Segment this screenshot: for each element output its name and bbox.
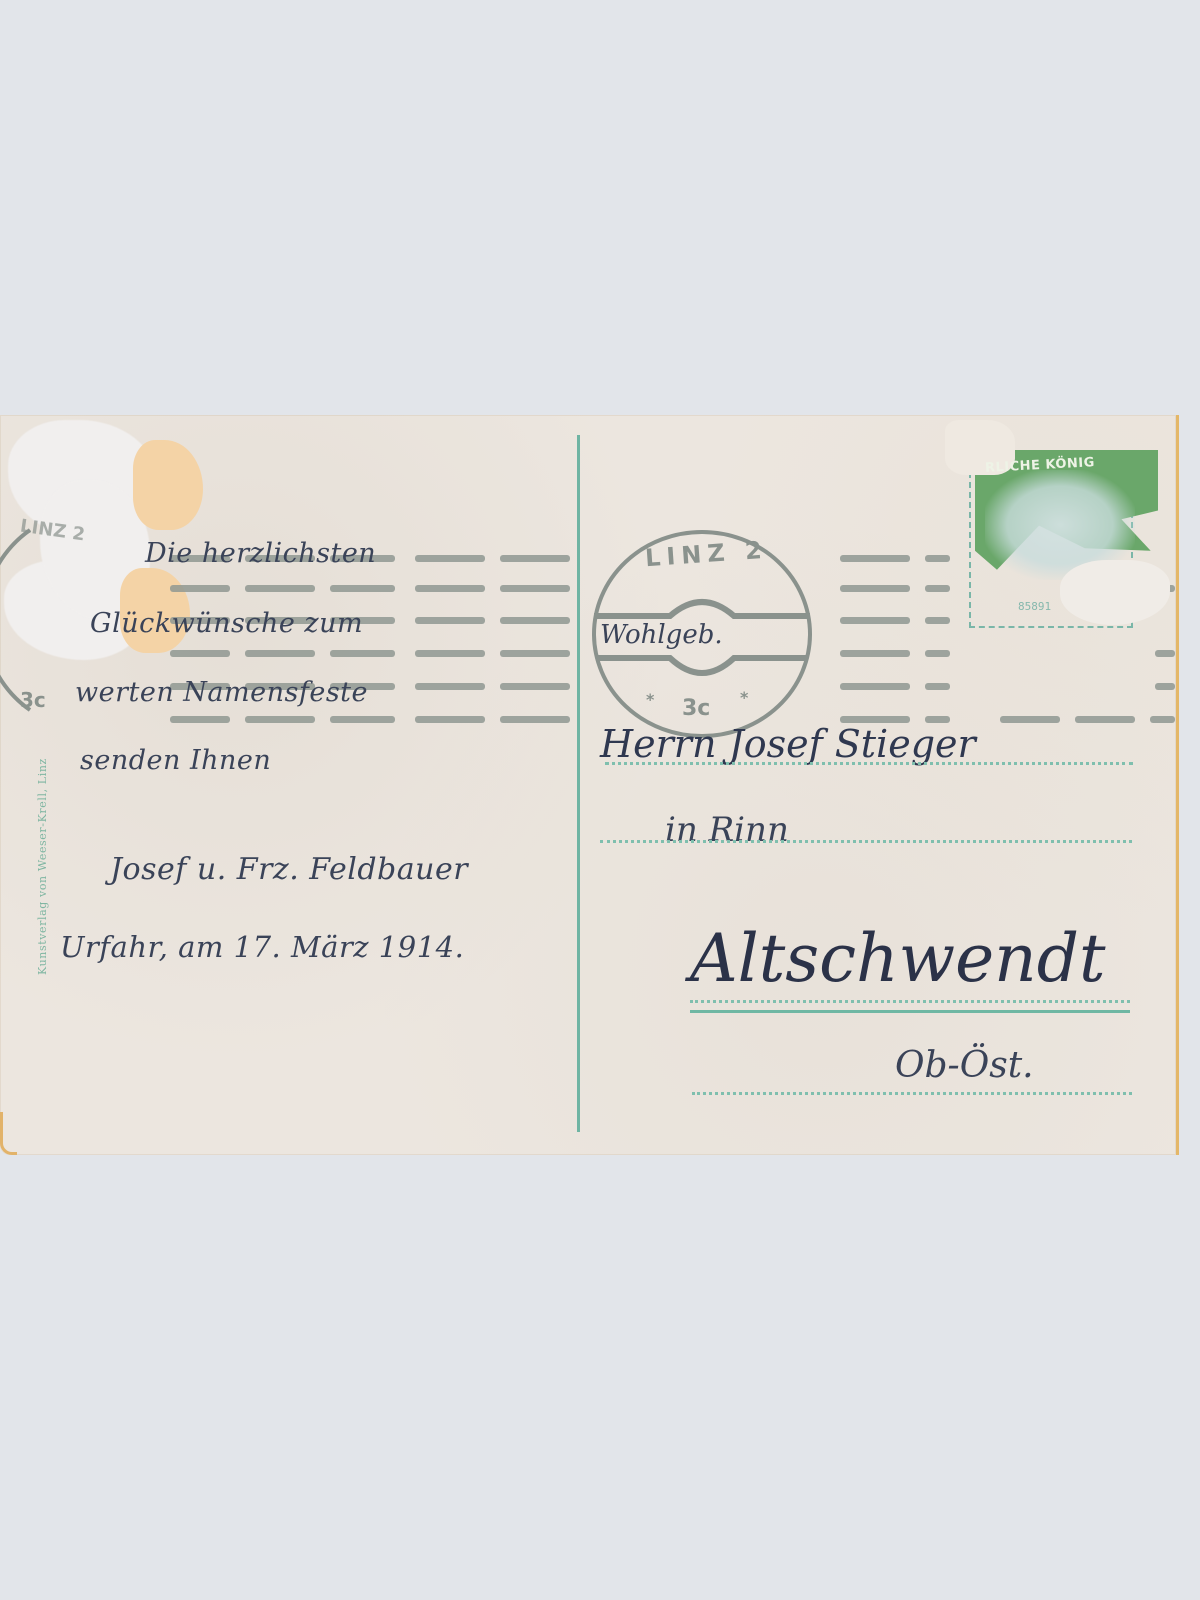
partial-postmark-code: 3c <box>20 688 46 712</box>
address-line-4 <box>692 1092 1132 1095</box>
corner-stain <box>0 1112 17 1155</box>
address-line-2 <box>600 840 1132 843</box>
address-town: Altschwendt <box>690 920 1105 997</box>
card-divider-line <box>577 435 580 1132</box>
cancel-bar <box>500 555 570 562</box>
cancel-bar <box>415 683 485 690</box>
cancel-bar <box>925 555 950 562</box>
sender-note: Wohlgeb. <box>600 620 723 650</box>
cancel-bar <box>1075 716 1135 723</box>
signature: Josef u. Frz. Feldbauer <box>110 852 468 887</box>
cancel-bar <box>170 585 230 592</box>
cancel-bar <box>170 650 230 657</box>
message-line-2: Glückwünsche zum <box>90 608 363 639</box>
cancel-bar <box>925 683 950 690</box>
cancel-bar <box>330 585 395 592</box>
cancel-bar <box>1155 683 1175 690</box>
cancel-bar <box>415 617 485 624</box>
cancel-bar <box>1155 650 1175 657</box>
cancel-bar <box>415 585 485 592</box>
cancel-bar <box>170 716 230 723</box>
cancel-bar <box>330 650 395 657</box>
address-region: Ob-Öst. <box>895 1045 1034 1086</box>
publisher-imprint: Kunstverlag von Weeser-Krell, Linz <box>36 758 49 975</box>
cancel-bar <box>415 650 485 657</box>
cancel-bar <box>500 650 570 657</box>
cancel-bar <box>500 683 570 690</box>
cancel-bar <box>415 555 485 562</box>
cancel-bar <box>245 585 315 592</box>
cancel-bar <box>840 585 910 592</box>
cancel-bar <box>925 650 950 657</box>
postmark-code: 3c <box>682 696 710 721</box>
cancel-bar <box>500 617 570 624</box>
message-line-4: senden Ihnen <box>80 745 271 776</box>
message-line-1: Die herzlichsten <box>145 538 376 569</box>
cancel-bar <box>500 585 570 592</box>
address-line-3 <box>690 1000 1130 1003</box>
postmark-star-left: * <box>646 690 654 709</box>
address-underline <box>690 1010 1130 1013</box>
cancel-bar <box>1150 716 1175 723</box>
cancel-bar <box>840 555 910 562</box>
message-line-3: werten Namensfeste <box>75 677 368 708</box>
cancel-bar <box>415 716 485 723</box>
cancel-bar <box>840 683 910 690</box>
cancel-bar <box>840 617 910 624</box>
place-date: Urfahr, am 17. März 1914. <box>60 930 464 964</box>
address-line-2-text: in Rinn <box>665 810 789 850</box>
address-recipient: Herrn Josef Stieger <box>600 722 976 766</box>
cancel-bar <box>1000 716 1060 723</box>
cancel-bar <box>245 650 315 657</box>
address-line-1 <box>605 762 1133 765</box>
cancel-bar <box>330 716 395 723</box>
cancel-bar <box>500 716 570 723</box>
cancel-bar <box>925 585 950 592</box>
cancel-bar <box>840 650 910 657</box>
stamp-box-number: 85891 <box>1018 600 1051 613</box>
cancel-bar <box>925 617 950 624</box>
cancel-bar <box>245 716 315 723</box>
postmark-star-right: * <box>740 688 748 707</box>
